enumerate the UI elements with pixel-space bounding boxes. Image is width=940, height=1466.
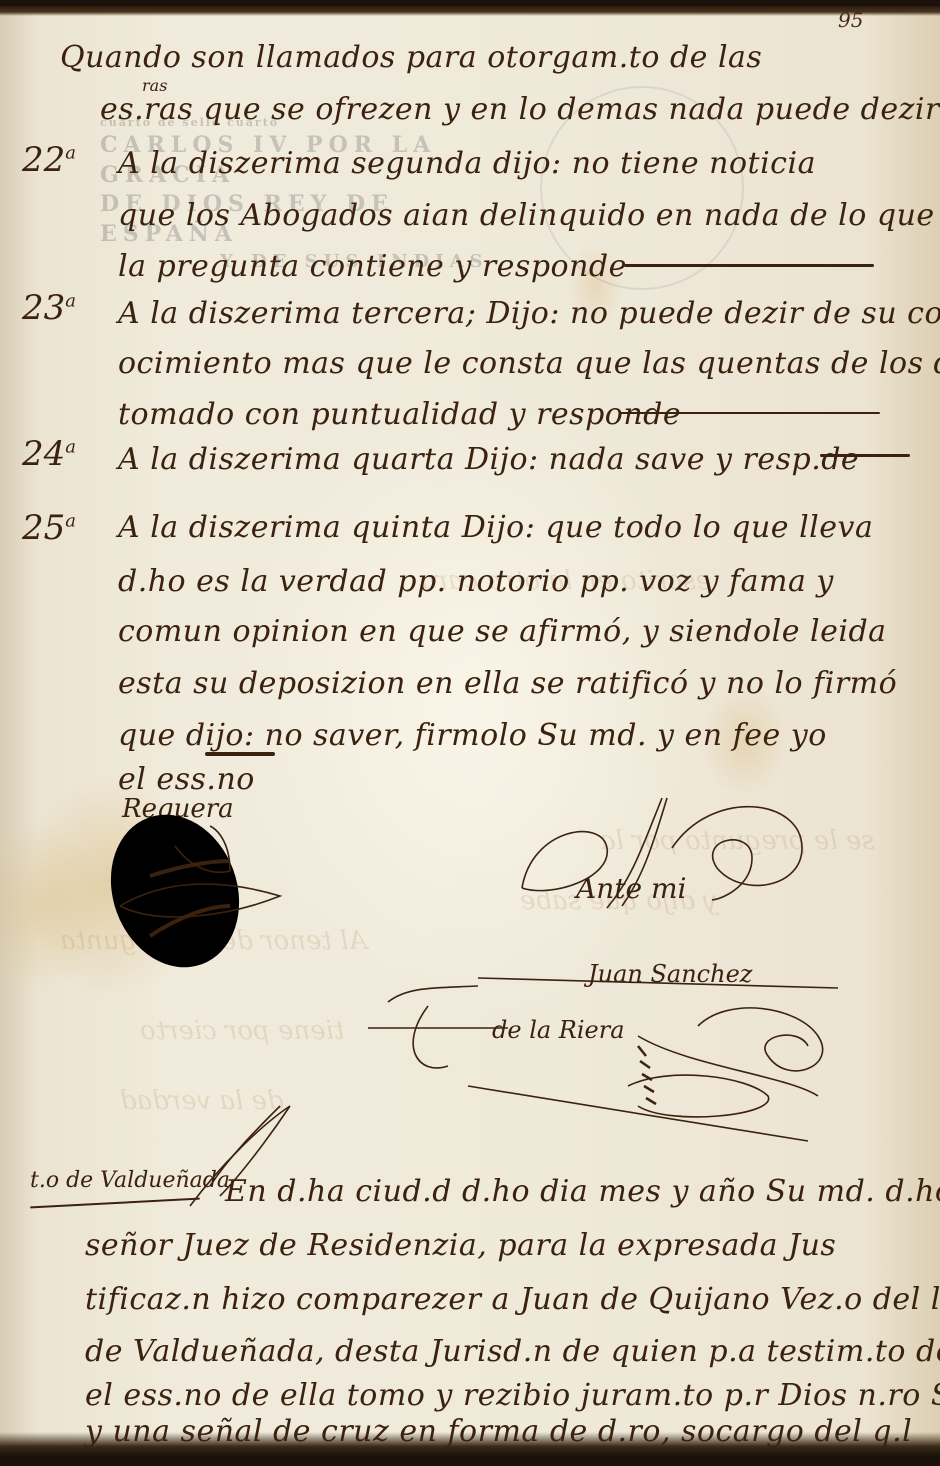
margin-number: 22a xyxy=(22,140,76,180)
text-line: comun opinion en que se afirmó, y siendo… xyxy=(118,614,887,649)
text-line: Quando son llamados para otorgam.to de l… xyxy=(60,40,762,75)
text-line: En d.ha ciud.d d.ho dia mes y año Su md.… xyxy=(225,1174,940,1209)
text-line: el ess.no de ella tomo y rezibio juram.t… xyxy=(85,1378,940,1413)
text-line: A la diszerima tercera; Dijo: no puede d… xyxy=(118,296,940,331)
text-line: A la diszerima quarta Dijo: nada save y … xyxy=(118,442,859,477)
text-line: ocimiento mas que le consta que las quen… xyxy=(118,346,940,381)
manuscript-page: cuarto de sello cuarto CARLOS IV POR LA … xyxy=(0,6,940,1456)
margin-number: 24a xyxy=(22,434,76,474)
line-filler-dash xyxy=(620,412,880,414)
text-line: d.ho es la verdad pp. notorio pp. voz y … xyxy=(118,564,834,599)
text-line: de Valdueñada, desta Jurisd.n de quien p… xyxy=(85,1334,940,1369)
stamp-watermark: cuarto de sello cuarto CARLOS IV POR LA … xyxy=(100,116,540,256)
margin-number: 25a xyxy=(22,508,76,548)
text-line: es.ras que se ofrezen y en lo demas nada… xyxy=(100,92,940,127)
text-line: tomado con puntualidad y responde xyxy=(118,397,681,432)
line-filler-dash xyxy=(205,752,275,756)
text-line: A la diszerima quinta Dijo: que todo lo … xyxy=(118,510,873,545)
text-line: señor Juez de Residenzia, para la expres… xyxy=(85,1228,836,1263)
text-line: y una señal de cruz en forma de d.ro, so… xyxy=(85,1414,912,1449)
text-line: esta su deposizion en ella se ratificó y… xyxy=(118,666,897,701)
line-filler-dash xyxy=(820,454,910,457)
text-line: la pregunta contiene y responde xyxy=(118,249,627,284)
page-top-edge xyxy=(0,6,940,16)
bleed-through-text: tiene por cierto xyxy=(140,1016,344,1046)
text-line: A la diszerima segunda dijo: no tiene no… xyxy=(118,146,816,181)
text-line: que los Abogados aian delinquido en nada… xyxy=(118,198,935,233)
folio-number: 95 xyxy=(838,8,863,32)
text-line: que dijo: no saver, firmolo Su md. y en … xyxy=(118,718,827,753)
text-line: el ess.no xyxy=(118,762,255,797)
text-line: tificaz.n hizo comparezer a Juan de Quij… xyxy=(85,1282,940,1317)
line-filler-dash xyxy=(624,264,874,267)
margin-number: 23a xyxy=(22,288,76,328)
